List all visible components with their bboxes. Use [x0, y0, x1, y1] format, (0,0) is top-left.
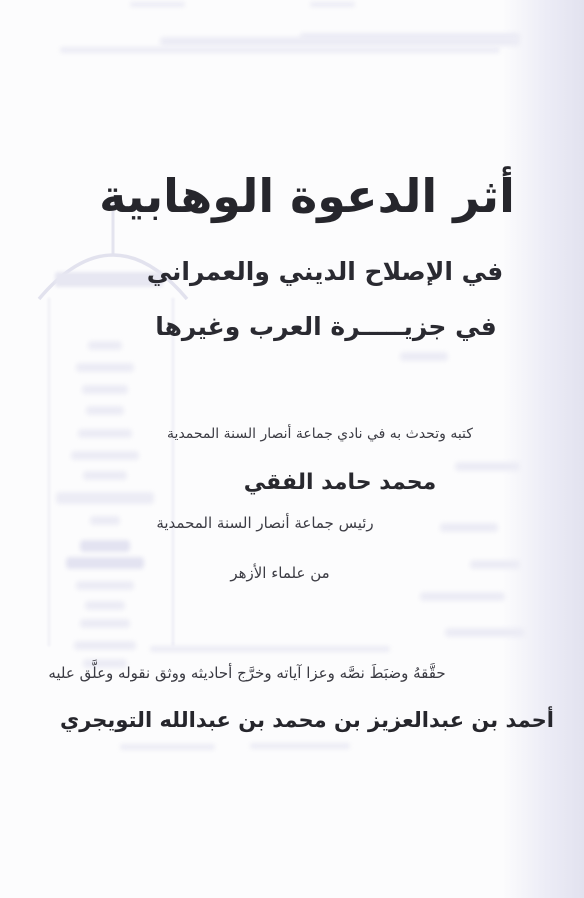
- bleedthrough-smudge: [160, 37, 520, 46]
- bleedthrough-smudge: [60, 47, 500, 53]
- bleedthrough-smudge: [86, 406, 124, 415]
- bleedthrough-smudge: [71, 451, 139, 460]
- bleedthrough-smudge: [250, 743, 350, 749]
- bleedthrough-smudge: [400, 352, 448, 361]
- bleedthrough-smudge: [74, 641, 136, 650]
- bleedthrough-smudge: [310, 2, 355, 7]
- book-subtitle-line-1: في الإصلاح الديني والعمراني: [33, 253, 584, 291]
- editor-name: أحمد بن عبدالعزيز بن محمد بن عبدالله الت…: [15, 704, 584, 736]
- book-title: أثر الدعوة الوهابية: [15, 162, 584, 231]
- book-subtitle-line-2: في جزيـــــرة العرب وغيرها: [34, 308, 584, 346]
- bleedthrough-smudge: [420, 592, 505, 601]
- author-role: رئيس جماعة أنصار السنة المحمدية: [0, 512, 557, 535]
- bleedthrough-smudge: [130, 2, 185, 7]
- editor-note: حقَّقهُ وضبَطَ نصَّه وعزا آياته وخرَّج أ…: [0, 662, 539, 685]
- bleedthrough-smudge: [85, 601, 125, 610]
- bleedthrough-smudge: [80, 540, 130, 552]
- bleedthrough-smudge: [150, 646, 390, 652]
- bleedthrough-smudge: [445, 628, 525, 637]
- presentation-note: كتبه وتحدث به في نادي جماعة أنصار السنة …: [28, 424, 584, 445]
- author-name: محمد حامد الفقي: [48, 466, 584, 499]
- bleedthrough-smudge: [120, 744, 215, 750]
- bleedthrough-smudge: [80, 619, 130, 628]
- bleedthrough-smudge: [76, 363, 134, 372]
- page-edge-shadow: [502, 0, 584, 898]
- author-affiliation: من علماء الأزهر: [0, 562, 572, 585]
- bleedthrough-smudge: [82, 385, 128, 394]
- book-title-page: أثر الدعوة الوهابية في الإصلاح الديني وا…: [0, 0, 584, 898]
